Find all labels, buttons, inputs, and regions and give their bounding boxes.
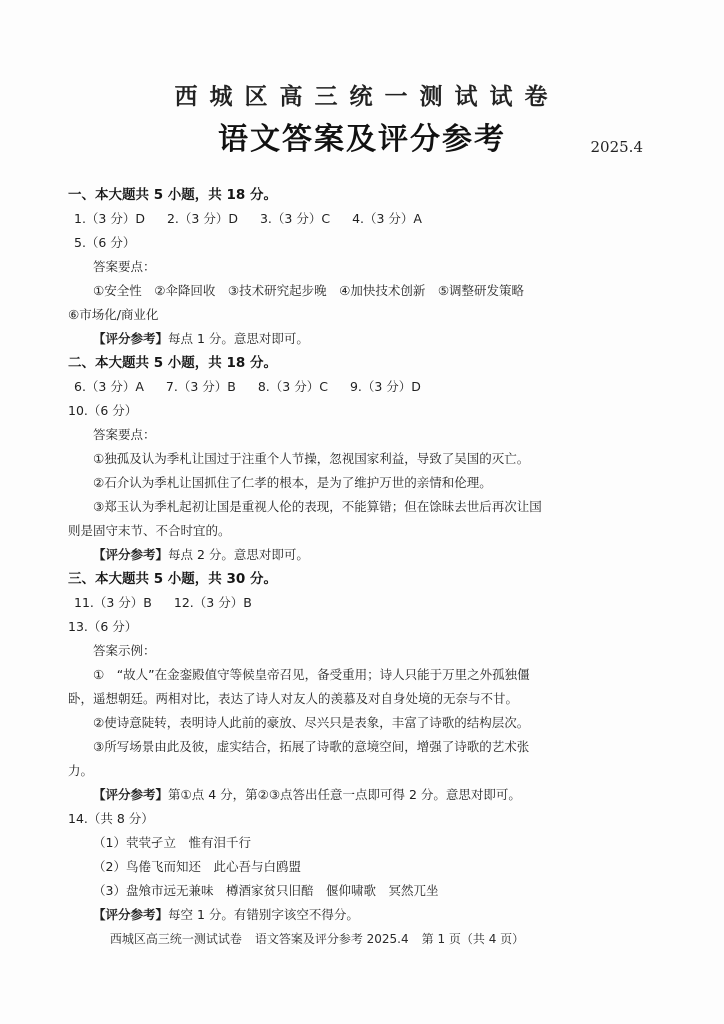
mcq-answer-6: 6.（3 分）A: [74, 375, 144, 399]
scoring-text: 每空 1 分。有错别字该空不得分。: [168, 907, 359, 922]
answer-key-title: 语文答案及评分参考: [218, 121, 506, 159]
scoring-text: 每点 2 分。意思对即可。: [168, 547, 309, 562]
question-13-number: 13.（6 分）: [68, 615, 546, 639]
footer-page-number: 第 1 页（共 4 页）: [422, 930, 525, 947]
mcq-answer-7: 7.（3 分）B: [166, 375, 236, 399]
question-10-number: 10.（6 分）: [68, 399, 546, 423]
scoring-label: 【评分参考】: [93, 907, 168, 922]
section-1-mcq-row: 1.（3 分）D 2.（3 分）D 3.（3 分）C 4.（3 分）A: [68, 207, 546, 231]
question-5-points: ①安全性 ②伞降回收 ③技术研究起步晚 ④加快技术创新 ⑤调整研发策略 ⑥市场化…: [68, 279, 546, 327]
mcq-answer-3: 3.（3 分）C: [260, 207, 330, 231]
question-13-scoring: 【评分参考】第①点 4 分，第②③点答出任意一点即可得 2 分。意思对即可。: [68, 783, 546, 807]
question-5-number: 5.（6 分）: [68, 231, 546, 255]
question-5-scoring: 【评分参考】每点 1 分。意思对即可。: [68, 327, 546, 351]
section-2: 二、本大题共 5 小题，共 18 分。 6.（3 分）A 7.（3 分）B 8.…: [68, 351, 546, 567]
scoring-label: 【评分参考】: [93, 331, 168, 346]
mcq-answer-12: 12.（3 分）B: [174, 591, 252, 615]
question-10-scoring: 【评分参考】每点 2 分。意思对即可。: [68, 543, 546, 567]
footer-exam-title: 西城区高三统一测试试卷: [110, 930, 242, 947]
footer-answer-title: 语文答案及评分参考 2025.4: [255, 930, 409, 947]
mcq-answer-9: 9.（3 分）D: [350, 375, 421, 399]
question-13-point-3: ③所写场景由此及彼，虚实结合，拓展了诗歌的意境空间，增强了诗歌的艺术张力。: [68, 735, 546, 783]
question-14-scoring: 【评分参考】每空 1 分。有错别字该空不得分。: [68, 903, 546, 927]
section-3-mcq-row: 11.（3 分）B 12.（3 分）B: [68, 591, 546, 615]
section-3-heading: 三、本大题共 5 小题，共 30 分。: [68, 567, 546, 591]
document-header: 西 城 区 高 三 统 一 测 试 试 卷 语文答案及评分参考 2025.4: [0, 0, 724, 159]
subtitle-row: 语文答案及评分参考 2025.4: [0, 121, 724, 159]
exam-date: 2025.4: [591, 138, 644, 156]
section-2-mcq-row: 6.（3 分）A 7.（3 分）B 8.（3 分）C 9.（3 分）D: [68, 375, 546, 399]
question-10-point-1: ①独孤及认为季札让国过于注重个人节操，忽视国家利益，导致了吴国的灭亡。: [68, 447, 546, 471]
mcq-answer-1: 1.（3 分）D: [74, 207, 145, 231]
answer-sheet-page: 西 城 区 高 三 统 一 测 试 试 卷 语文答案及评分参考 2025.4 一…: [0, 0, 724, 1024]
scoring-text: 每点 1 分。意思对即可。: [168, 331, 309, 346]
scoring-label: 【评分参考】: [93, 787, 168, 802]
section-1-heading: 一、本大题共 5 小题，共 18 分。: [68, 183, 546, 207]
question-13-example-label: 答案示例：: [68, 639, 546, 663]
exam-title: 西 城 区 高 三 统 一 测 试 试 卷: [0, 83, 724, 111]
question-13-point-1: ① “故人”在金銮殿值守等候皇帝召见，备受重用；诗人只能于万里之外孤独僵卧，遥想…: [68, 663, 546, 711]
mcq-answer-11: 11.（3 分）B: [74, 591, 152, 615]
question-10-points-label: 答案要点：: [68, 423, 546, 447]
scoring-text: 第①点 4 分，第②③点答出任意一点即可得 2 分。意思对即可。: [168, 787, 521, 802]
section-3: 三、本大题共 5 小题，共 30 分。 11.（3 分）B 12.（3 分）B …: [68, 567, 546, 927]
question-10-point-2: ②石介认为季札让国抓住了仁孝的根本，是为了维护万世的亲情和伦理。: [68, 471, 546, 495]
question-14-number: 14.（共 8 分）: [68, 807, 546, 831]
question-13-point-2: ②使诗意陡转，表明诗人此前的豪放、尽兴只是表象，丰富了诗歌的结构层次。: [68, 711, 546, 735]
mcq-answer-4: 4.（3 分）A: [352, 207, 422, 231]
section-1: 一、本大题共 5 小题，共 18 分。 1.（3 分）D 2.（3 分）D 3.…: [68, 183, 546, 351]
scoring-label: 【评分参考】: [93, 547, 168, 562]
mcq-answer-8: 8.（3 分）C: [258, 375, 328, 399]
question-14-answer-3: （3）盘飧市远无兼味 樽酒家贫只旧醅 偃仰啸歌 冥然兀坐: [68, 879, 546, 903]
section-2-heading: 二、本大题共 5 小题，共 18 分。: [68, 351, 546, 375]
question-14-answer-2: （2）鸟倦飞而知还 此心吾与白鸥盟: [68, 855, 546, 879]
question-5-points-label: 答案要点：: [68, 255, 546, 279]
mcq-answer-2: 2.（3 分）D: [167, 207, 238, 231]
answer-content: 一、本大题共 5 小题，共 18 分。 1.（3 分）D 2.（3 分）D 3.…: [0, 183, 724, 927]
question-14-answer-1: （1）茕茕孑立 惟有泪千行: [68, 831, 546, 855]
question-10-point-3: ③郑玉认为季札起初让国是重视人伦的表现，不能算错；但在馀昧去世后再次让国则是固守…: [68, 495, 546, 543]
page-footer: 西城区高三统一测试试卷 语文答案及评分参考 2025.4 第 1 页（共 4 页…: [0, 930, 679, 947]
